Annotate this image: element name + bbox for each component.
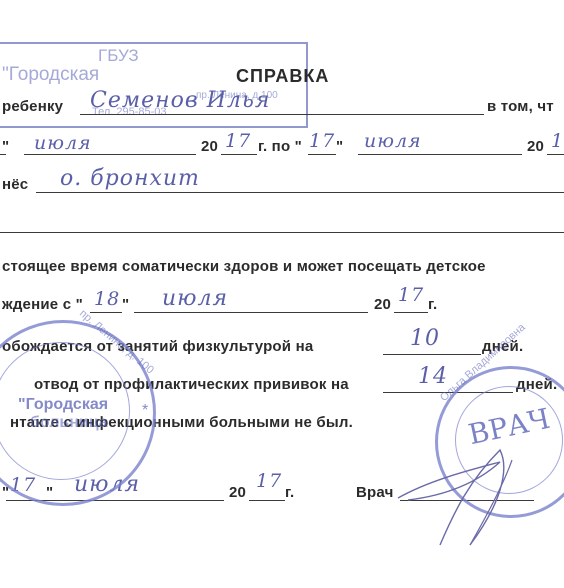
doctor-signature-scribble (0, 0, 564, 588)
